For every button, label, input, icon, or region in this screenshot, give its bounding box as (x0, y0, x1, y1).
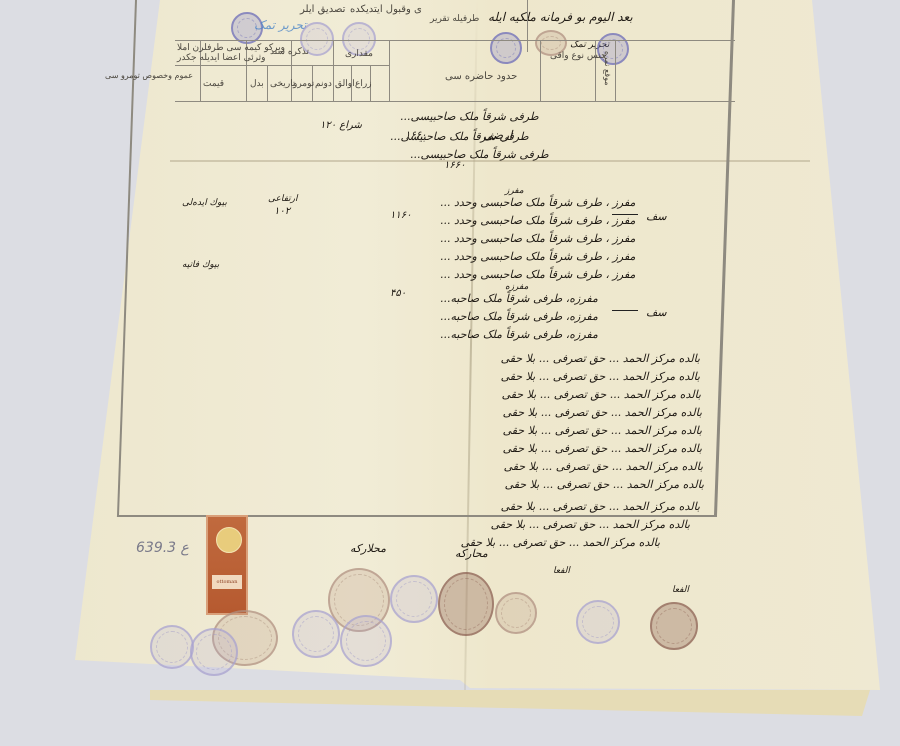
entry-2-side-note: بیوك ایده‌لی (182, 198, 227, 208)
col-sep (267, 65, 268, 101)
entry-3-area: ۴۵۰ (390, 288, 406, 299)
entry-3-boundaries-3: مفرزه، طرفی شرقاً ملک صاحبه... (440, 328, 598, 341)
col-sep (540, 41, 541, 101)
signature-left: محلارکه (350, 542, 386, 555)
seal-bottom-8 (150, 625, 194, 669)
entry-2-boundaries-1: مفرز ، طرف شرقاً ملک صاحبسی وحدد ... (440, 196, 635, 209)
body-line: بالده مرکز الحمد ... حق تصرفی ... بلا حق… (148, 460, 703, 473)
body-line: بالده مرکز الحمد ... حق تصرفی ... بلا حق… (146, 478, 704, 491)
header-text-left: ی وقبول ایتدیکده (350, 4, 422, 15)
entry-2-type: سف (646, 210, 667, 223)
entry-1-boundaries-3: طرفی شرقاً ملک صاحبیسی... (410, 148, 549, 161)
seal-bottom-10 (292, 610, 340, 658)
body-line: بالده مرکز الحمد ... حق تصرفی ... بلا حق… (154, 406, 702, 419)
header-qty-zira: زراع (355, 79, 372, 89)
entry-3-header: مفرزه (505, 282, 528, 292)
signature-middle: محارکه (455, 547, 488, 560)
header-text-right: طرفیله تقریر (430, 14, 479, 24)
entry-1-boundaries-1: طرفی شرقاً ملک صاحبیسی... (400, 110, 539, 123)
entry-2-number: ۱۰۲ (274, 206, 290, 217)
header-deed-number: تومرو (293, 79, 314, 89)
header-tax: ویرکو کیمه سی طرفلرن املا (177, 43, 285, 53)
entry-2-side-note-2: بیوك فاتیه (182, 260, 219, 270)
col-sep (333, 41, 334, 101)
entry-3-boundaries-2: مفرزه، طرفی شرقاً ملک صاحبه... (440, 310, 598, 323)
seal-bottom-3 (438, 572, 494, 636)
document-photo: ی وقبول ایتدیکده تصدیق ایلر طرفیله تقریر… (0, 0, 900, 746)
opening-line: بعد الیوم بو فرمانه ملکیه ایله (488, 10, 633, 24)
header-qty-donum: دونم (315, 79, 332, 89)
header-property-type: جنس نوع واقی (550, 51, 607, 61)
entry-2-area: ۱۱۶۰ (390, 210, 411, 221)
seal-bottom-9 (190, 628, 238, 676)
header-deed-date: تاریخی (270, 79, 295, 89)
entry-3-dash (612, 310, 638, 311)
header-sequence: موقع نمره (603, 51, 612, 86)
body-line: بالده مرکز الحمد ... حق تصرفی ... بلا حق… (156, 388, 701, 401)
body-line: بالده مرکز الحمد ... حق تصرفی ... بلا حق… (152, 424, 702, 437)
body-line: بالده مرکز الحمد ... حق تصرفی ... بلا حق… (290, 518, 690, 531)
seal-bottom-6 (650, 602, 698, 650)
entry-1-area: ۱۶۶۰ (405, 130, 426, 141)
table-header: ویرکو کیمه سی طرفلرن املا وثرئی اعضا اید… (175, 40, 735, 102)
signature-right-2: الفعا (672, 585, 689, 595)
body-line: بالده مرکز الحمد ... حق تصرفی ... بلا حق… (160, 370, 700, 383)
entry-2-boundaries-2: مفرز ، طرف شرقاً ملک صاحبسی وحدد ... (440, 214, 635, 227)
header-title-deed: تذکره سند (270, 47, 309, 57)
col-sep (615, 41, 616, 101)
body-line: بالده مرکز الحمد ... حق تصرفی ... بلا حق… (260, 500, 700, 513)
header-general: عموم وخصوص تومرو سی (153, 71, 193, 80)
revenue-stamp: ottoman revenue stamp (206, 515, 248, 615)
blue-annotation: تحریر تمک (254, 18, 307, 32)
entry-1-note: ۱۶۶۰ (444, 160, 465, 171)
signature-right-1: الفعا (553, 566, 570, 576)
stamp-emblem-icon (216, 527, 242, 553)
body-line: بالده مرکز الحمد ... حق تصرفی ... بلا حق… (150, 442, 702, 455)
entry-2-boundaries-5: مفرز ، طرف شرقاً ملک صاحبسی وحدد ... (440, 268, 635, 281)
seal-bottom-5 (576, 600, 620, 644)
entry-2-note: ارتفاعی (268, 194, 298, 204)
entry-2-boundaries-3: مفرز ، طرف شرقاً ملک صاحبسی وحدد ... (440, 232, 635, 245)
header-tax-sub: وثرئی اعضا ایدیله جکدر (177, 53, 265, 63)
seal-bottom-4 (495, 592, 537, 634)
header-text-mid: تصدیق ایلر (300, 4, 345, 15)
header-qty-evlek: اوالق (335, 79, 355, 89)
entry-3-type: سف (646, 306, 667, 319)
header-tax-col-price: قیمت (203, 79, 224, 89)
header-boundaries: حدود حاضره سی (445, 71, 517, 82)
seal-bottom-2 (390, 575, 438, 623)
seal-bottom-11 (340, 615, 392, 667)
stamp-label: ottoman revenue stamp (212, 575, 242, 589)
col-sep (595, 41, 596, 101)
header-subrule (175, 65, 389, 66)
entry-3-boundaries-1: مفرزه، طرفی شرقاً ملک صاحبه... (440, 292, 598, 305)
entry-2-boundaries-4: مفرز ، طرف شرقاً ملک صاحبسی وحدد ... (440, 250, 635, 263)
col-sep (389, 41, 390, 101)
body-line: بالده مرکز الحمد ... حق تصرفی ... بلا حق… (160, 352, 700, 365)
pencil-note: 639.3 ع (136, 540, 189, 556)
header-quantity: مقداری (345, 49, 373, 59)
header-tax-col-value: بدل (250, 79, 264, 89)
entry-2-header: مفرز (505, 186, 524, 196)
entry-1-date: ۱۲۰ شراع (320, 120, 362, 131)
